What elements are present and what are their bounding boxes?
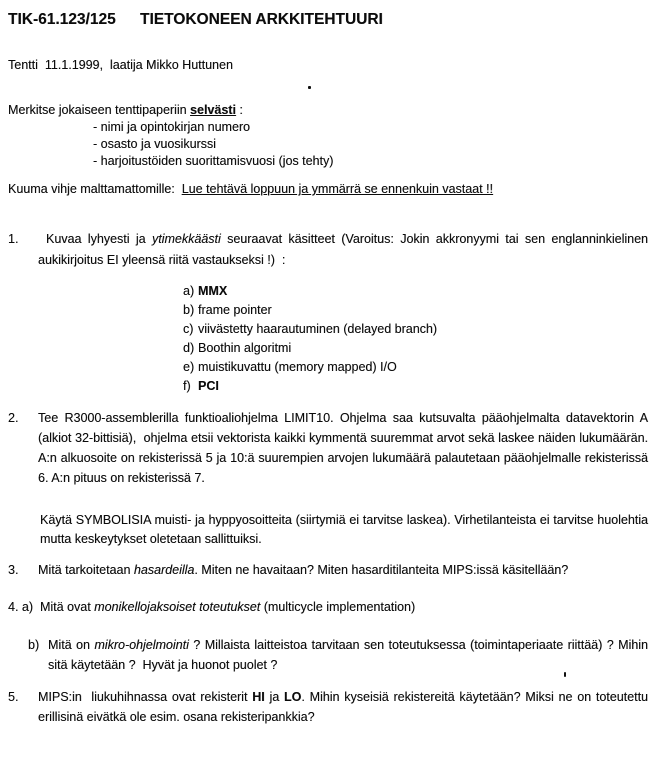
- list-item: - harjoitustöiden suorittamisvuosi (jos …: [93, 153, 648, 170]
- list-item: e)muistikuvattu (memory mapped) I/O: [183, 358, 648, 377]
- marking-instructions-list: - nimi ja opintokirjan numero - osasto j…: [93, 119, 648, 170]
- question-3: 3.Mitä tarkoitetaan hasardeilla. Miten n…: [8, 560, 648, 581]
- exam-date-author: Tentti 11.1.1999, laatija Mikko Huttunen: [8, 57, 648, 74]
- list-item: d)Boothin algoritmi: [183, 339, 648, 358]
- list-item: - nimi ja opintokirjan numero: [93, 119, 648, 136]
- question-text: Tee R3000-assemblerilla funktioaliohjelm…: [38, 408, 648, 488]
- marking-intro-suffix: :: [236, 103, 243, 117]
- marking-intro-emphasis: selvästi: [190, 103, 236, 117]
- hint-underlined-text: Lue tehtävä loppuun ja ymmärrä se ennenk…: [182, 182, 493, 196]
- question-number: 4. a): [8, 600, 33, 614]
- page-title: TIETOKONEEN ARKKITEHTUURI: [140, 10, 383, 30]
- hot-hint-line: Kuuma vihje malttamattomille: Lue tehtäv…: [8, 181, 648, 198]
- list-item: f)PCI: [183, 377, 648, 396]
- question-number: 1.: [8, 229, 38, 250]
- question-text: MIPS:in liukuhihnassa ovat rekisterit HI…: [38, 687, 648, 727]
- question-5: 5.MIPS:in liukuhihnassa ovat rekisterit …: [8, 687, 648, 727]
- question-text: Mitä on mikro-ohjelmointi ? Millaista la…: [48, 635, 648, 675]
- question-number: 2.: [8, 408, 38, 428]
- list-item: a)MMX: [183, 282, 648, 301]
- question-1-concept-list: a)MMX b)frame pointer c)viivästetty haar…: [183, 282, 648, 396]
- document-header: TIK-61.123/125TIETOKONEEN ARKKITEHTUURI: [8, 10, 648, 30]
- marking-instructions-intro: Merkitse jokaiseen tenttipaperiin selväs…: [8, 102, 648, 119]
- question-2: 2.Tee R3000-assemblerilla funktioaliohje…: [8, 408, 648, 488]
- exam-paper-scan: TIK-61.123/125TIETOKONEEN ARKKITEHTUURI …: [0, 0, 654, 776]
- marking-intro-prefix: Merkitse jokaiseen tenttipaperiin: [8, 103, 190, 117]
- list-item: c)viivästetty haarautuminen (delayed bra…: [183, 320, 648, 339]
- list-item: - osasto ja vuosikurssi: [93, 136, 648, 153]
- question-4b: b)Mitä on mikro-ohjelmointi ? Millaista …: [28, 635, 648, 675]
- question-text: Kuvaa lyhyesti ja ytimekkäästi seuraavat…: [38, 229, 648, 271]
- question-1: 1.Kuvaa lyhyesti ja ytimekkäästi seuraav…: [8, 229, 648, 271]
- question-number: b): [28, 635, 48, 655]
- hint-prefix: Kuuma vihje malttamattomille:: [8, 182, 182, 196]
- question-number: 5.: [8, 687, 38, 707]
- question-2-note: Käytä SYMBOLISIA muisti- ja hyppyosoitte…: [40, 511, 648, 549]
- question-number: 3.: [8, 560, 38, 581]
- question-text: Mitä tarkoitetaan hasardeilla. Miten ne …: [38, 560, 648, 581]
- question-text: Mitä ovat monikellojaksoiset toteutukset…: [33, 600, 415, 614]
- scan-speck: [564, 672, 566, 677]
- question-4a: 4. a) Mitä ovat monikellojaksoiset toteu…: [8, 597, 648, 617]
- scan-speck: [308, 86, 311, 89]
- course-code: TIK-61.123/125: [8, 10, 140, 30]
- list-item: b)frame pointer: [183, 301, 648, 320]
